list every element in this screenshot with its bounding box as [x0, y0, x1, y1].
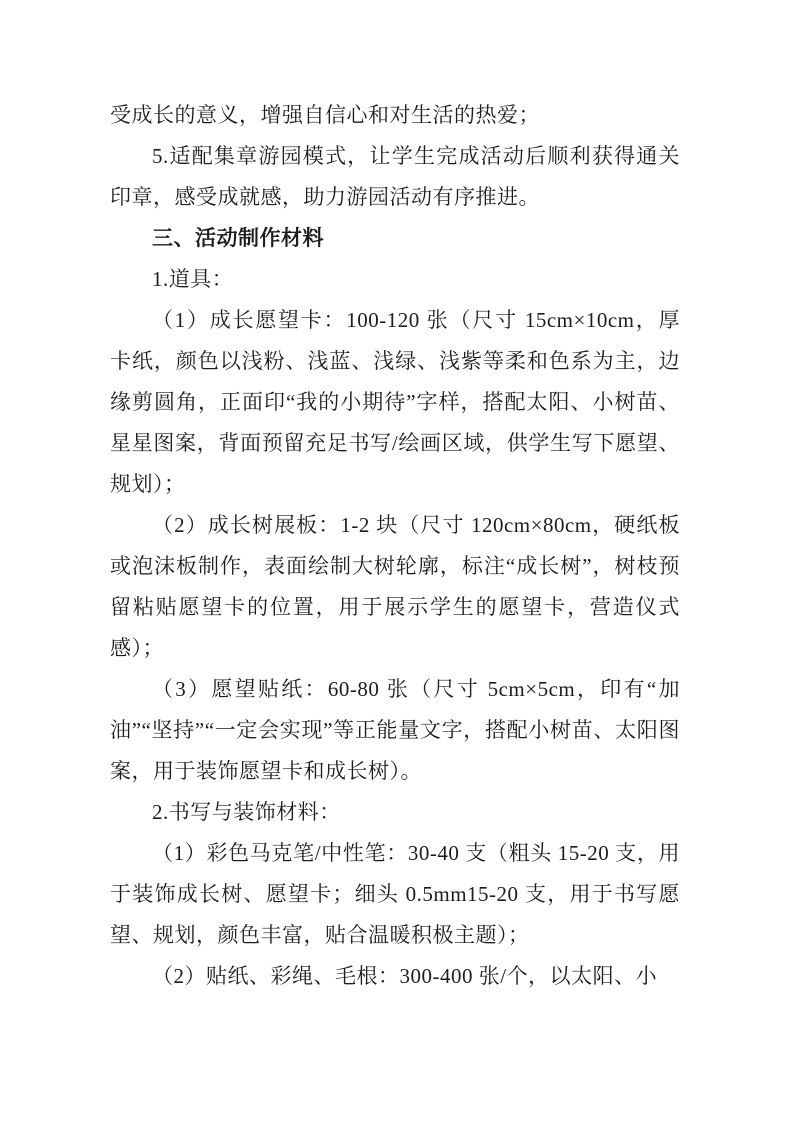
paragraph-sub-item: （2）成长树展板：1-2 块（尺寸 120cm×80cm，硬纸板或泡沫板制作，表…	[110, 505, 680, 669]
document-body: 受成长的意义，增强自信心和对生活的热爱；5.适配集章游园模式，让学生完成活动后顺…	[110, 95, 680, 997]
paragraph-body-continuation: 受成长的意义，增强自信心和对生活的热爱；	[110, 95, 680, 136]
paragraph-sub-item: （1）成长愿望卡：100-120 张（尺寸 15cm×10cm，厚卡纸，颜色以浅…	[110, 300, 680, 505]
document-page: 受成长的意义，增强自信心和对生活的热爱；5.适配集章游园模式，让学生完成活动后顺…	[0, 0, 793, 1122]
paragraph-list-heading: 1.道具：	[110, 259, 680, 300]
paragraph-sub-item: （1）彩色马克笔/中性笔：30-40 支（粗头 15-20 支，用于装饰成长树、…	[110, 833, 680, 956]
paragraph-sub-item-cutoff: （2）贴纸、彩绳、毛根：300-400 张/个，以太阳、小	[110, 956, 680, 997]
paragraph-list-heading: 2.书写与装饰材料：	[110, 792, 680, 833]
section-heading: 三、活动制作材料	[110, 218, 680, 259]
paragraph-sub-item: （3）愿望贴纸：60-80 张（尺寸 5cm×5cm，印有“加油”“坚持”“一定…	[110, 669, 680, 792]
paragraph-numbered-item: 5.适配集章游园模式，让学生完成活动后顺利获得通关印章，感受成就感，助力游园活动…	[110, 136, 680, 218]
